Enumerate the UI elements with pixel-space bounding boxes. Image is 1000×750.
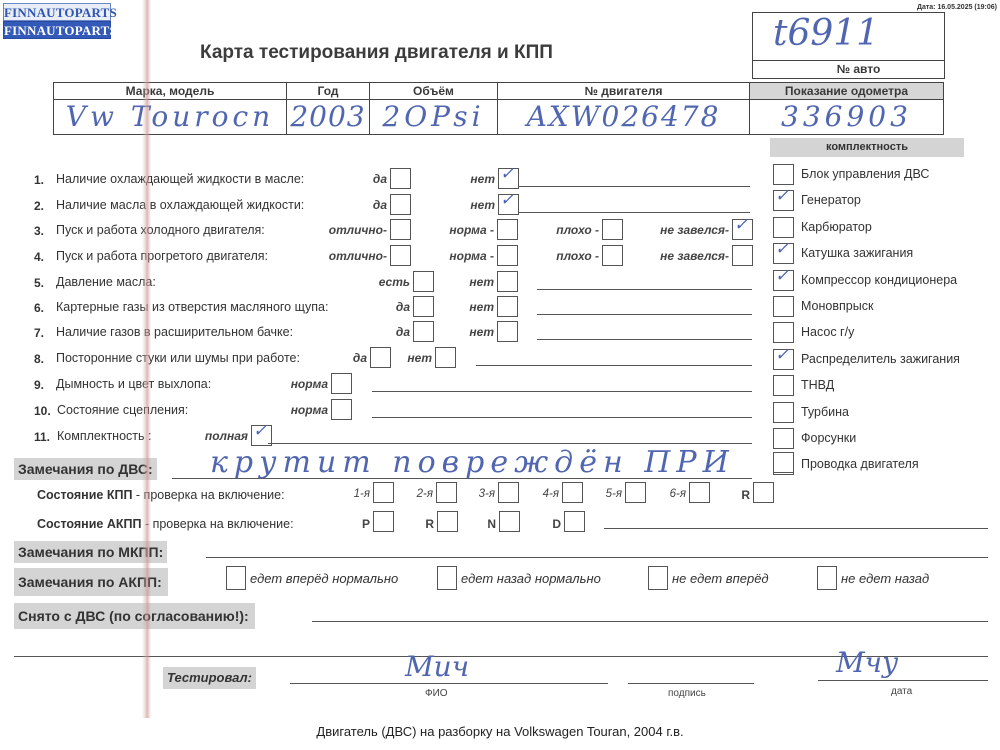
col-header: Показание одометра: [750, 83, 943, 100]
notes-line[interactable]: [518, 186, 750, 187]
completeness-item-label: Распределитель зажигания: [801, 352, 960, 366]
date-handwriting: Мчу: [836, 646, 898, 679]
row-number: 11.: [34, 430, 50, 444]
notes-line[interactable]: [372, 417, 752, 418]
option-label: норма: [291, 377, 328, 391]
option-label: не завелся-: [660, 223, 729, 237]
completeness-checkbox[interactable]: ✓: [773, 270, 794, 291]
notes-line[interactable]: [537, 289, 752, 290]
row-label: Наличие масла в охлаждающей жидкости:: [56, 198, 304, 212]
col-header: Марка, модель: [54, 83, 286, 100]
completeness-checkbox[interactable]: [773, 296, 794, 317]
option-label: плохо -: [556, 223, 599, 237]
check-mark-icon: ✓: [775, 186, 789, 206]
check-mark-icon: ✓: [775, 345, 789, 365]
completeness-item-label: Компрессор кондиционера: [801, 273, 957, 287]
signature-line[interactable]: [628, 683, 754, 684]
row-label: Посторонние стуки или шумы при работе:: [56, 351, 300, 365]
date-line[interactable]: [818, 680, 988, 681]
gear-checkbox[interactable]: [625, 482, 646, 503]
notes-line[interactable]: [537, 314, 752, 315]
completeness-checkbox[interactable]: [773, 402, 794, 423]
row-number: 2.: [34, 199, 44, 213]
option-checkbox[interactable]: [497, 219, 518, 240]
option-checkbox[interactable]: ✓: [498, 194, 519, 215]
odometer-value: 336903: [750, 100, 943, 134]
option-label: не завелся-: [660, 249, 729, 263]
check-mark-icon: ✓: [775, 239, 789, 259]
removed-line[interactable]: [312, 621, 988, 622]
option-label: плохо -: [556, 249, 599, 263]
gear-label: R: [741, 488, 750, 502]
option-checkbox[interactable]: [413, 271, 434, 292]
option-label: да: [353, 351, 367, 365]
dvs-remarks-label: Замечания по ДВС:: [14, 458, 157, 480]
dvs-remarks-value[interactable]: крутит повреждён ПРИ: [210, 444, 735, 482]
completeness-item-label: Турбина: [801, 405, 849, 419]
signature-caption: подпись: [668, 688, 706, 699]
gear-checkbox[interactable]: [436, 482, 457, 503]
row-label: Пуск и работа холодного двигателя:: [56, 223, 265, 237]
row-number: 8.: [34, 352, 44, 366]
akpp-remark-label: едет вперёд нормально: [250, 571, 398, 586]
row-label: Давление масла:: [56, 275, 156, 289]
option-label: нет: [407, 351, 432, 365]
volume-value: 2OPsi: [370, 100, 497, 134]
completeness-item-label: Моновпрыск: [801, 299, 873, 313]
option-checkbox[interactable]: [413, 321, 434, 342]
col-make-model: Марка, модель Vw Tourocn: [54, 83, 287, 134]
notes-line[interactable]: [372, 391, 752, 392]
completeness-checkbox[interactable]: [773, 428, 794, 449]
notes-line[interactable]: [518, 212, 750, 213]
row-number: 9.: [34, 378, 44, 392]
gear-checkbox[interactable]: [437, 511, 458, 532]
option-checkbox[interactable]: [390, 168, 411, 189]
akpp-remark-checkbox[interactable]: [437, 566, 457, 590]
gear-checkbox[interactable]: [498, 482, 519, 503]
completeness-checkbox[interactable]: [773, 164, 794, 185]
gear-checkbox[interactable]: [562, 482, 583, 503]
dvs-remarks-checkbox[interactable]: [773, 452, 794, 473]
gear-checkbox[interactable]: [373, 482, 394, 503]
col-header: Объём: [370, 83, 497, 100]
gear-label: D: [552, 517, 561, 531]
gear-checkbox[interactable]: [689, 482, 710, 503]
akpp-check-line: [604, 528, 988, 529]
col-odometer: Показание одометра 336903: [750, 83, 943, 134]
completeness-checkbox[interactable]: ✓: [773, 190, 794, 211]
option-checkbox[interactable]: [390, 245, 411, 266]
gear-label: R: [425, 517, 434, 531]
date-caption: дата: [891, 686, 912, 697]
row-number: 1.: [34, 173, 44, 187]
gear-label: 4-я: [543, 488, 559, 500]
kpp-check-label-rest: - проверка на включение:: [132, 488, 284, 502]
kpp-check-label-bold: Состояние КПП: [37, 488, 132, 502]
make-model-value: Vw Tourocn: [54, 100, 286, 134]
gear-checkbox[interactable]: [499, 511, 520, 532]
row-number: 4.: [34, 250, 44, 264]
akpp-remark-checkbox[interactable]: [817, 566, 837, 590]
option-checkbox[interactable]: ✓: [732, 219, 753, 240]
row-number: 7.: [34, 326, 44, 340]
brand-watermark: FINNAUTOPARTS: [3, 3, 111, 21]
completeness-checkbox[interactable]: [773, 217, 794, 238]
gear-label: 5-я: [606, 488, 622, 500]
gear-checkbox[interactable]: [753, 482, 774, 503]
option-label: нет: [469, 325, 494, 339]
notes-line[interactable]: [476, 365, 752, 366]
gear-label: 3-я: [479, 488, 495, 500]
completeness-item-label: Генератор: [801, 193, 861, 207]
row-label: Комплектность :: [57, 429, 151, 443]
gear-checkbox[interactable]: [564, 511, 585, 532]
row-label: Состояние сцепления:: [57, 403, 188, 417]
page-title: Карта тестирования двигателя и КПП: [200, 42, 553, 64]
option-label: да: [396, 325, 410, 339]
fio-line[interactable]: [290, 683, 608, 684]
akpp-remark-label: не едет вперёд: [672, 571, 769, 586]
gear-label: 6-я: [670, 488, 686, 500]
completeness-checkbox[interactable]: [773, 322, 794, 343]
option-checkbox[interactable]: [390, 194, 411, 215]
completeness-checkbox[interactable]: ✓: [773, 349, 794, 370]
gear-checkbox[interactable]: [373, 511, 394, 532]
option-label: есть: [379, 275, 410, 289]
option-label: отлично-: [329, 223, 387, 237]
notes-line[interactable]: [537, 339, 752, 340]
option-checkbox[interactable]: [602, 219, 623, 240]
check-mark-icon: ✓: [775, 266, 789, 286]
check-mark-icon: ✓: [253, 421, 267, 441]
date-stamp: Дата: 16.05.2025 (19:06): [917, 4, 997, 11]
option-checkbox[interactable]: [331, 399, 352, 420]
auto-number-box: t6911 № авто: [752, 12, 945, 79]
gear-label: N: [487, 517, 496, 531]
brand-watermark-secondary: FINNAUTOPARTS: [3, 21, 111, 39]
completeness-item-label: Насос г/у: [801, 325, 854, 339]
tested-by-label: Тестировал:: [163, 667, 256, 689]
option-checkbox[interactable]: [435, 347, 456, 368]
check-mark-icon: ✓: [734, 215, 748, 235]
option-label: да: [373, 172, 387, 186]
akpp-remark-checkbox[interactable]: [648, 566, 668, 590]
fio-caption: ФИО: [425, 688, 448, 699]
option-checkbox[interactable]: [602, 245, 623, 266]
akpp-remark-label: не едет назад: [841, 571, 929, 586]
vehicle-info-table: Марка, модель Vw Tourocn Год 2003 Объём …: [53, 82, 944, 135]
akpp-check-label-bold: Состояние АКПП: [37, 517, 141, 531]
completeness-item-label: Форсунки: [801, 431, 856, 445]
check-mark-icon: ✓: [500, 190, 514, 210]
completeness-item-label: ТНВД: [801, 378, 834, 392]
gear-label: 2-я: [417, 488, 433, 500]
col-volume: Объём 2OPsi: [370, 83, 498, 134]
option-label: нет: [469, 275, 494, 289]
option-label: нет: [469, 300, 494, 314]
option-checkbox[interactable]: [413, 296, 434, 317]
option-checkbox[interactable]: [497, 245, 518, 266]
row-label: Наличие охлаждающей жидкости в масле:: [56, 172, 304, 186]
row-number: 3.: [34, 224, 44, 238]
engine-number-value: AXW026478: [498, 100, 749, 134]
option-label: отлично-: [329, 249, 387, 263]
col-header: Год: [287, 83, 369, 100]
kpp-check-label: Состояние КПП - проверка на включение:: [37, 488, 285, 502]
option-label: да: [373, 198, 387, 212]
option-checkbox[interactable]: [331, 373, 352, 394]
option-checkbox[interactable]: [497, 271, 518, 292]
option-label: полная: [205, 429, 248, 443]
option-checkbox[interactable]: ✓: [498, 168, 519, 189]
row-label: Наличие газов в расширительном бачке:: [56, 325, 293, 339]
completeness-checkbox[interactable]: ✓: [773, 243, 794, 264]
completeness-heading: комплектность: [770, 138, 964, 157]
completeness-checkbox[interactable]: [773, 375, 794, 396]
col-year: Год 2003: [287, 83, 370, 134]
akpp-remark-label: едет назад нормально: [461, 571, 601, 586]
option-checkbox[interactable]: [497, 321, 518, 342]
akpp-check-label: Состояние АКПП - проверка на включение:: [37, 517, 294, 531]
option-label: норма -: [449, 223, 494, 237]
option-checkbox[interactable]: [390, 219, 411, 240]
check-mark-icon: ✓: [500, 164, 514, 184]
row-number: 6.: [34, 301, 44, 315]
completeness-item-label: Проводка двигателя: [801, 457, 919, 471]
image-caption: Двигатель (ДВС) на разборку на Volkswage…: [0, 724, 1000, 739]
option-label: норма: [291, 403, 328, 417]
option-checkbox[interactable]: [497, 296, 518, 317]
row-label: Пуск и работа прогретого двигателя:: [56, 249, 268, 263]
year-value: 2003: [287, 100, 369, 134]
option-label: нет: [470, 198, 495, 212]
option-label: да: [396, 300, 410, 314]
row-number: 10.: [34, 404, 51, 418]
col-engine-number: № двигателя AXW026478: [498, 83, 750, 134]
row-label: Картерные газы из отверстия масляного щу…: [56, 300, 328, 314]
akpp-remarks-label: Замечания по АКПП:: [14, 568, 168, 596]
option-checkbox[interactable]: [732, 245, 753, 266]
mkpp-remarks-label: Замечания по МКПП:: [14, 541, 167, 563]
mkpp-remarks-line[interactable]: [206, 557, 988, 558]
akpp-check-label-rest: - проверка на включение:: [141, 517, 293, 531]
row-number: 5.: [34, 276, 44, 290]
col-header: № двигателя: [498, 83, 749, 100]
completeness-item-label: Катушка зажигания: [801, 246, 913, 260]
completeness-item-label: Блок управления ДВС: [801, 167, 929, 181]
removed-label: Снято с ДВС (по согласованию!):: [14, 603, 255, 629]
fio-handwriting: Мич: [405, 650, 469, 683]
row-label: Дымность и цвет выхлопа:: [56, 377, 211, 391]
gear-label: 1-я: [354, 488, 370, 500]
gear-label: P: [362, 517, 370, 531]
option-label: норма -: [449, 249, 494, 263]
option-checkbox[interactable]: [370, 347, 391, 368]
akpp-remark-checkbox[interactable]: [226, 566, 246, 590]
auto-number-label: № авто: [753, 60, 944, 78]
auto-number-value: t6911: [773, 13, 879, 54]
completeness-item-label: Карбюратор: [801, 220, 872, 234]
option-label: нет: [470, 172, 495, 186]
